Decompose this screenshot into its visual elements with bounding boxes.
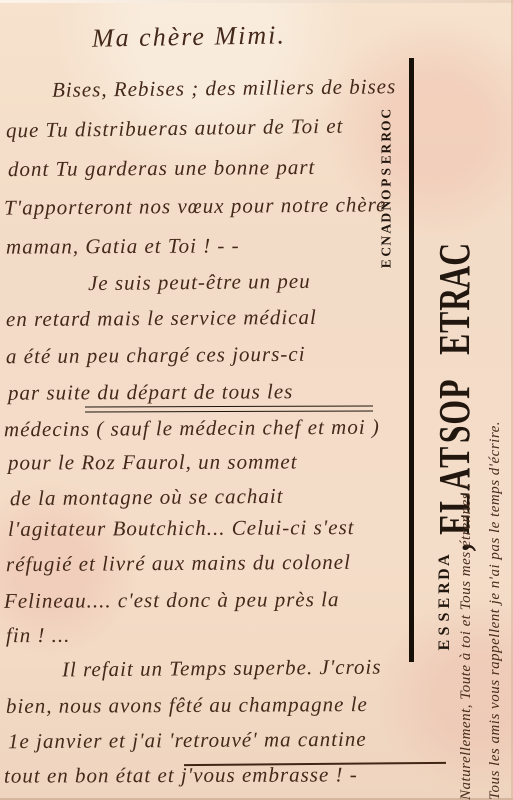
adresse-label: ADRESSE [430,553,460,652]
handwritten-line: en retard mais le service médical [6,307,317,330]
handwritten-line: par suite du départ de tous les [8,381,293,403]
scan-edge-top [0,0,513,3]
handwritten-line: Il refait un Temps superbe. J'crois [62,657,382,681]
handwritten-line: pour le Roz Faurol, un sommet [8,451,298,473]
printed-double-rule [85,405,373,412]
postcard-scan: CORRESPONDANCE CARTE POSTALE, ADRESSE Ma… [0,0,513,800]
handwritten-line: bien, nous avons fêté au champagne le [6,694,368,717]
handwritten-line: Felineau.... c'est donc à peu près la [4,589,340,612]
handwritten-line: tout en bon état et j'vous embrasse ! - [4,764,358,786]
carte-postale-label: CARTE POSTALE, [426,243,484,558]
margin-handwritten-line-inner: Naturellement, Toute à toi et Tous mes é… [458,240,475,800]
postcard-divider-rule [409,58,414,662]
handwritten-line: Bises, Rebises ; des milliers de bises [52,76,396,101]
handwritten-line: a été un peu chargé ces jours-ci [6,344,306,368]
handwritten-line: 1e janvier et j'ai 'retrouvé' ma cantine [8,729,367,753]
handwritten-line: T'apporteront nos vœux pour notre chère [4,194,387,218]
handwritten-line: fin ! ... [6,625,70,646]
handwritten-line: de la montagne où se cachait [10,486,284,509]
handwritten-line: l'agitateur Boutchich... Celui-ci s'est [8,517,355,540]
margin-handwritten-line-outer: Tous les amis vous rappellent je n'ai pa… [487,20,504,800]
handwritten-line: médecins ( sauf le médecin chef et moi ) [4,417,380,441]
handwritten-line: que Tu distribueras autour de Toi et [6,116,344,142]
handwritten-line: Je suis peut-être un peu [88,271,311,294]
handwritten-line: maman, Gatia et Toi ! - - [6,235,240,257]
handwritten-line: Ma chère Mimi. [92,22,286,51]
correspondance-label: CORRESPONDANCE [373,108,399,269]
handwritten-line: dont Tu garderas une bonne part [8,157,315,180]
handwritten-line: réfugié et livré aux mains du colonel [6,552,351,575]
